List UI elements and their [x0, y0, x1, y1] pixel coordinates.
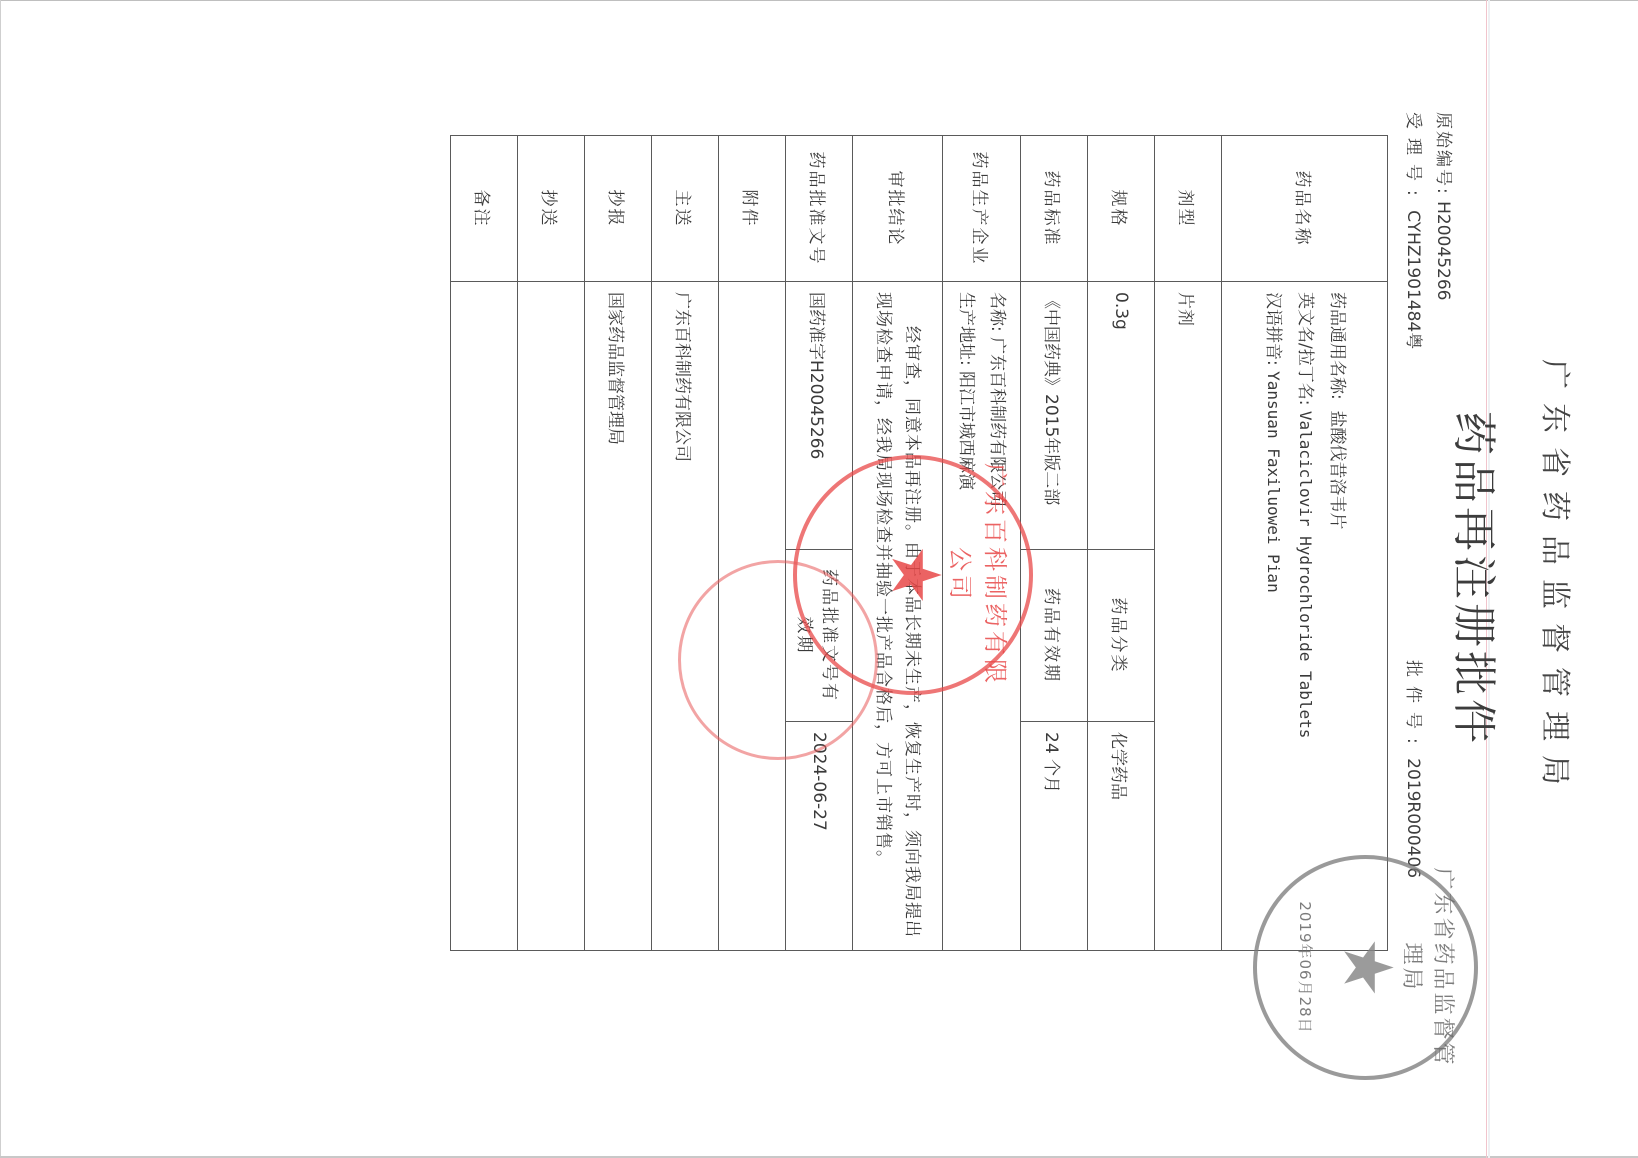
manufacturer-address-label: 生产地址:	[957, 292, 977, 366]
table-row-dosage-form: 剂型 片剂	[1155, 136, 1222, 951]
certificate-page: 广东省药品监督管理局 药品再注册批件 原始编号: H20045266 受理号: …	[0, 0, 1638, 1158]
standard-label: 药品标准	[1021, 136, 1088, 282]
original-number-value: H20045266	[1433, 201, 1453, 300]
agency-seal-text: 广东省药品监督管理局	[1398, 859, 1460, 1076]
remarks-value	[451, 282, 518, 951]
english-name-label: 英文名/拉丁名:	[1295, 292, 1315, 405]
issuing-agency: 广东省药品监督管理局	[1536, 0, 1580, 1158]
report-to-value: 国家药品监督管理局	[585, 282, 652, 951]
acceptance-number-value: CYHZ1901484粤	[1403, 210, 1423, 349]
generic-name-label: 药品通用名称:	[1327, 292, 1347, 400]
standard-value: 《中国药典》2015年版二部	[1021, 282, 1088, 550]
remarks-label: 备注	[451, 136, 518, 282]
acceptance-number-label: 受理号:	[1403, 112, 1423, 205]
validity-value: 24 个月	[1021, 722, 1088, 951]
acceptance-number: 受理号: CYHZ1901484粤	[1403, 112, 1428, 349]
pinyin-value: Yansuan Faxiluowei Pian	[1264, 371, 1283, 593]
table-row-remarks: 备注	[451, 136, 518, 951]
table-row-spec: 规格 0.3g 药品分类 化学药品	[1088, 136, 1155, 951]
approval-number: 批件号: 2019R000406	[1403, 660, 1428, 878]
drug-name-label: 药品名称	[1222, 136, 1388, 282]
table-row-standard: 药品标准 《中国药典》2015年版二部 药品有效期 24 个月	[1021, 136, 1088, 951]
report-to-label: 抄报	[585, 136, 652, 282]
conclusion-label: 审批结论	[853, 136, 943, 282]
category-label: 药品分类	[1088, 550, 1155, 722]
company-seal-text: 广东百科制药有限公司	[945, 459, 1015, 691]
original-number: 原始编号: H20045266	[1433, 112, 1458, 300]
star-icon: ★	[880, 545, 948, 606]
table-row-drug-name: 药品名称 药品通用名称: 盐酸伐昔洛韦片 英文名/拉丁名: Valaciclov…	[1222, 136, 1388, 951]
spec-label: 规格	[1088, 136, 1155, 282]
star-icon: ★	[1333, 937, 1401, 998]
table-row-cc: 抄送	[518, 136, 585, 951]
pinyin-label: 汉语拼音:	[1263, 292, 1283, 366]
dosage-form-value: 片剂	[1155, 282, 1222, 951]
english-name-value: Valaciclovir Hydrochloride Tablets	[1296, 411, 1315, 739]
approval-doc-label: 药品批准文号	[786, 136, 853, 282]
generic-name-value: 盐酸伐昔洛韦片	[1327, 411, 1347, 530]
company-seal-overlap	[678, 560, 878, 760]
approval-number-label: 批件号:	[1403, 660, 1423, 753]
main-recipient-label: 主送	[652, 136, 719, 282]
table-row-attachment: 附件	[719, 136, 786, 951]
manufacturer-label: 药品生产企业	[943, 136, 1021, 282]
original-number-label: 原始编号:	[1433, 112, 1453, 196]
category-value: 化学药品	[1088, 722, 1155, 951]
spec-value: 0.3g	[1088, 282, 1155, 550]
cc-label: 抄送	[518, 136, 585, 282]
dosage-form-label: 剂型	[1155, 136, 1222, 282]
manufacturer-name-label: 名称:	[988, 292, 1008, 332]
cc-value	[518, 282, 585, 951]
table-row-report-to: 抄报 国家药品监督管理局	[585, 136, 652, 951]
agency-seal-date: 2019年06月28日	[1295, 859, 1316, 1076]
attachment-label: 附件	[719, 136, 786, 282]
agency-seal: 广东省药品监督管理局 ★ 2019年06月28日	[1253, 855, 1478, 1080]
table-row-main-recipient: 主送 广东百科制药有限公司	[652, 136, 719, 951]
drug-name-values: 药品通用名称: 盐酸伐昔洛韦片 英文名/拉丁名: Valaciclovir Hy…	[1222, 282, 1388, 951]
